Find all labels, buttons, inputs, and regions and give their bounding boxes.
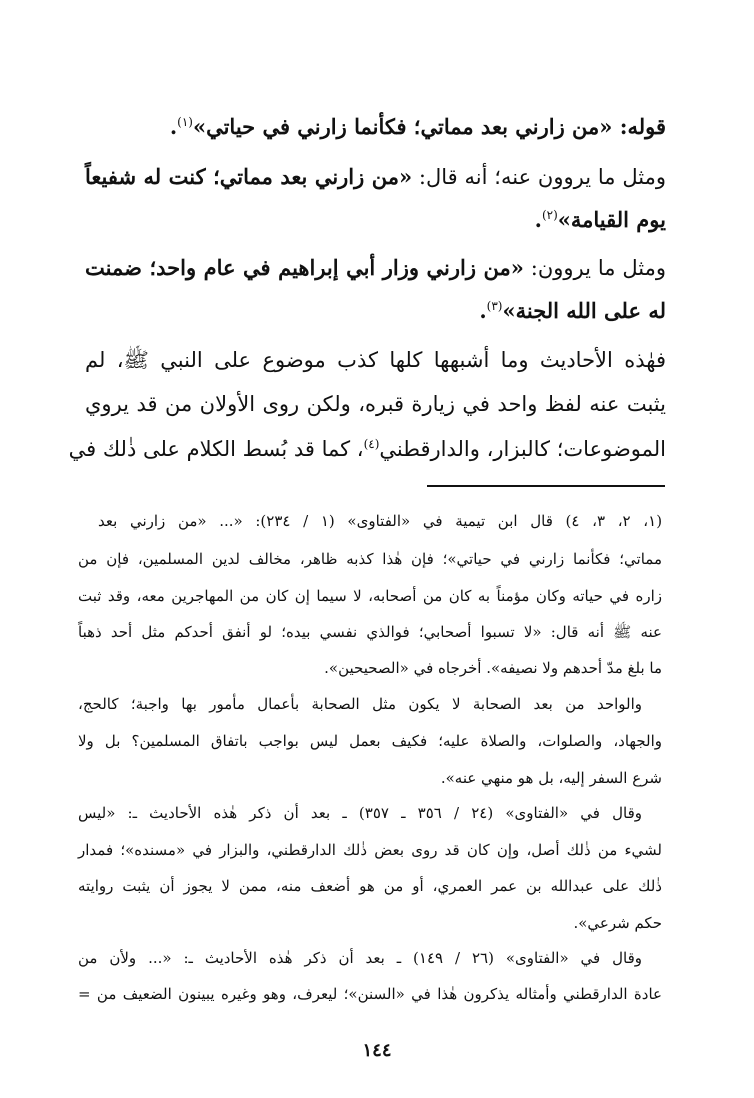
footnote-line: لشيء من ذٰلك أصل، وإن كان قد روى بعض ذٰل… <box>78 843 662 858</box>
footnote-line: ما بلغ مدّ أحدهم ولا نصيفه». أخرجاه في «… <box>324 661 662 676</box>
quote-lead: قوله: <box>612 114 666 139</box>
quote-text: «من زارني بعد مماتي؛ كنت له شفيعاً <box>85 164 412 189</box>
hadith-quote-3-line-1: ومثل ما يروون: «من زارني وزار أبي إبراهي… <box>85 257 666 279</box>
hadith-quote-2-line-1: ومثل ما يروون عنه؛ أنه قال: «من زارني بع… <box>85 166 666 188</box>
footnote-line: وقال في «الفتاوى» (٢٦ / ١٤٩) ـ بعد أن ذك… <box>78 951 642 966</box>
paragraph-line-3: الموضوعات؛ كالبزار، والدارقطني(٤)، كما ق… <box>85 438 666 460</box>
footnote-line: عادة الدارقطني وأمثاله يذكرون هٰذا في «ا… <box>78 987 662 1002</box>
footnote-line: (١، ٢، ٣، ٤) قال ابن تيمية في «الفتاوى» … <box>98 514 662 529</box>
quote-text: يوم القيامة» <box>558 207 666 232</box>
quote-text: له على الله الجنة» <box>502 298 666 323</box>
footnote-line: مماتي؛ فكأنما زارني في حياتي»؛ فإن هٰذا … <box>78 552 662 567</box>
quote-text: «من زارني وزار أبي إبراهيم في عام واحد؛ … <box>85 255 524 280</box>
paragraph-text: الموضوعات؛ كالبزار، والدارقطني <box>379 437 666 461</box>
footnote-line: زاره في حياته وكان مؤمناً به كان من أصحا… <box>78 589 662 604</box>
quote-tail: . <box>479 298 486 323</box>
quote-lead: ومثل ما يروون عنه؛ أنه قال: <box>412 165 666 189</box>
hadith-quote-1: قوله: «من زارني بعد مماتي؛ فكأنما زارني … <box>170 116 666 138</box>
footnote-line: والواحد من بعد الصحابة لا يكون مثل الصحا… <box>78 697 642 712</box>
quote-tail: . <box>535 207 542 232</box>
hadith-quote-3-line-2: له على الله الجنة»(٣). <box>479 300 666 322</box>
footnote-ref: (٢) <box>542 208 558 222</box>
quote-text: «من زارني بعد مماتي؛ فكأنما زارني في حيا… <box>193 114 612 139</box>
footnote-ref: (٤) <box>364 437 380 451</box>
paragraph-line-2: يثبت عنه لفظ واحد في زيارة قبره، ولكن رو… <box>85 394 666 415</box>
book-page: قوله: «من زارني بعد مماتي؛ فكأنما زارني … <box>0 0 754 1098</box>
footnote-ref: (٣) <box>487 299 503 313</box>
hadith-quote-2-line-2: يوم القيامة»(٢). <box>535 209 666 231</box>
paragraph-line-1: فهٰذه الأحاديث وما أشبهها كلها كذب موضوع… <box>85 350 666 371</box>
footnote-divider <box>427 485 665 487</box>
footnote-line: شرع السفر إليه، بل هو منهي عنه». <box>441 771 662 786</box>
paragraph-text: ، كما قد بُسط الكلام على ذٰلك في <box>69 437 364 461</box>
footnote-line: حكم شرعي». <box>573 916 662 931</box>
footnote-line: وقال في «الفتاوى» (٢٤ / ٣٥٦ ـ ٣٥٧) ـ بعد… <box>78 806 642 821</box>
footnote-line: ذٰلك على عبدالله بن عمر العمري، أو من هو… <box>78 879 662 894</box>
footnote-line: عنه ﷺ أنه قال: «لا تسبوا أصحابي؛ فوالذي … <box>78 625 662 640</box>
footnote-line: والجهاد، والصلوات، والصلاة عليه؛ فكيف بع… <box>78 734 662 749</box>
page-number: ١٤٤ <box>0 1040 754 1061</box>
quote-lead: ومثل ما يروون: <box>524 256 666 280</box>
footnote-ref: (١) <box>177 115 193 129</box>
